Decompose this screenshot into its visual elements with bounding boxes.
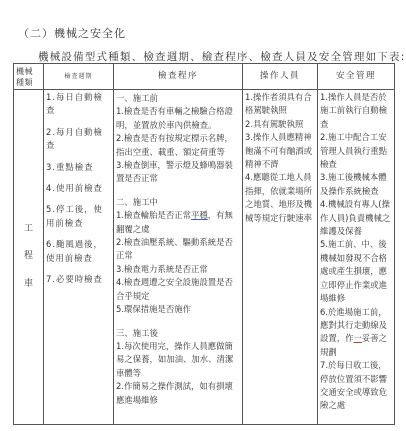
period-item: 4.使用前檢查 bbox=[46, 182, 111, 195]
header-operator: 操作人員 bbox=[243, 64, 318, 90]
operator-item: 1.操作者須具有合格駕駛執照 bbox=[245, 91, 315, 118]
operator-item: 3.操作人員應精神飽滿不可有酗酒或精神不濟 bbox=[245, 131, 315, 171]
procedure-item: 3.檢查倒車，警示燈及蜂鳴器裝置是否正常 bbox=[116, 159, 240, 186]
period-item: 3.重點檢查 bbox=[46, 161, 111, 174]
table-header-row: 機械種類 檢查週期 檢查程序 操作人員 安全管理 bbox=[14, 64, 395, 90]
safety-management-cell: 1.操作人員是否於施工前執行自動檢查 2.施工中配合工安管理人員執行重點檢查 3… bbox=[318, 90, 395, 425]
procedure-before-title: 一、施工前 bbox=[116, 92, 240, 105]
operator-cell: 1.操作者須具有合格駕駛執照 2.具有駕駛執照 3.操作人員應精神飽滿不可有酗酒… bbox=[243, 90, 318, 425]
spellcheck-underline: 一 bbox=[354, 333, 362, 343]
period-item: 2.每月自動檢查 bbox=[46, 126, 111, 153]
procedure-item: 1.檢查輪胎是否正常平穩，有無翻覆之虞 bbox=[116, 209, 240, 236]
period-item: 7.必要時檢查 bbox=[46, 273, 111, 286]
header-safety-management: 安全管理 bbox=[318, 64, 395, 90]
safety-item: 6.於進場施工前，應對其行走動線及設置，作一妥善之規劃 bbox=[320, 306, 392, 360]
procedure-item: 2.檢查油壓系統、驅動系統是否正常 bbox=[116, 236, 240, 263]
procedure-item: 3.檢查電力系統是否正常 bbox=[116, 263, 240, 276]
header-machine-type: 機械種類 bbox=[14, 64, 44, 90]
machine-type-char: 程 bbox=[16, 250, 41, 263]
operator-item: 4.應聽從工地人員指揮，依就業場所之地質、地形及機械等規定行駛速率 bbox=[245, 171, 315, 225]
table-caption: 機械設備型式種類、檢查週期、檢查程序、檢查人員及安全管理如下表: bbox=[38, 49, 405, 64]
table-row: 工 程 車 1.每日自動檢查 2.每月自動檢查 3.重點檢查 4.使用前檢查 5… bbox=[14, 90, 395, 425]
operator-item: 2.具有駕駛執照 bbox=[245, 118, 315, 131]
procedure-item: 5.環保措施是否施作 bbox=[116, 303, 240, 316]
safety-item: 7.於每日收工後，停放位置須不影響交通安全或導致危險之處 bbox=[320, 359, 392, 413]
procedure-item: 2.作簡易之操作測試，如有損壞應進場維修 bbox=[116, 380, 240, 407]
header-inspection-period: 檢查週期 bbox=[44, 64, 114, 90]
inspection-period-cell: 1.每日自動檢查 2.每月自動檢查 3.重點檢查 4.使用前檢查 5.停工後，使… bbox=[44, 90, 114, 425]
safety-item: 5.施工前、中、後機械如發現不合格處或產生損壞，應立即停止作業或進場維修 bbox=[320, 238, 392, 305]
safety-item: 3.施工後機械本體及操作系統檢查 bbox=[320, 171, 392, 198]
procedure-item: 1.每次使用完，操作人員應做簡易之保養，如加油、加水、清潔車體等 bbox=[116, 340, 240, 380]
procedure-during-title: 二、施工中 bbox=[116, 196, 240, 209]
procedure-item: 1.檢查是否有車輛之檢驗合格證明，並置放於車內供檢查。 bbox=[116, 105, 240, 132]
period-item: 5.停工後，使用前檢查 bbox=[46, 203, 111, 230]
procedure-after-title: 三、施工後 bbox=[116, 327, 240, 340]
machine-type-char: 車 bbox=[16, 278, 41, 291]
machine-safety-table: 機械種類 檢查週期 檢查程序 操作人員 安全管理 工 程 車 1.每日自動檢查 … bbox=[13, 63, 395, 425]
machine-type-char: 工 bbox=[16, 223, 41, 236]
safety-item: 4.機械設有專人(操作人員)負責機械之維護及保養 bbox=[320, 198, 392, 238]
safety-item: 2.施工中配合工安管理人員執行重點檢查 bbox=[320, 131, 392, 171]
procedure-item: 4.檢查週遭之安全設施設置是否合乎規定 bbox=[116, 276, 240, 303]
inspection-procedure-cell: 一、施工前 1.檢查是否有車輛之檢驗合格證明，並置放於車內供檢查。 2.檢查是否… bbox=[114, 90, 243, 425]
machine-type-cell: 工 程 車 bbox=[14, 90, 44, 425]
header-inspection-procedure: 檢查程序 bbox=[114, 64, 243, 90]
period-item: 1.每日自動檢查 bbox=[46, 91, 111, 118]
section-title: （二）機械之安全化 bbox=[18, 25, 126, 41]
period-item: 6.颱風過後，使用前檢查 bbox=[46, 238, 111, 265]
spellcheck-underline: 平穩 bbox=[191, 210, 208, 220]
safety-item: 1.操作人員是否於施工前執行自動檢查 bbox=[320, 91, 392, 131]
procedure-item: 2.檢查是否有按規定標示名牌，指出空重、載重、額定荷重等 bbox=[116, 132, 240, 159]
